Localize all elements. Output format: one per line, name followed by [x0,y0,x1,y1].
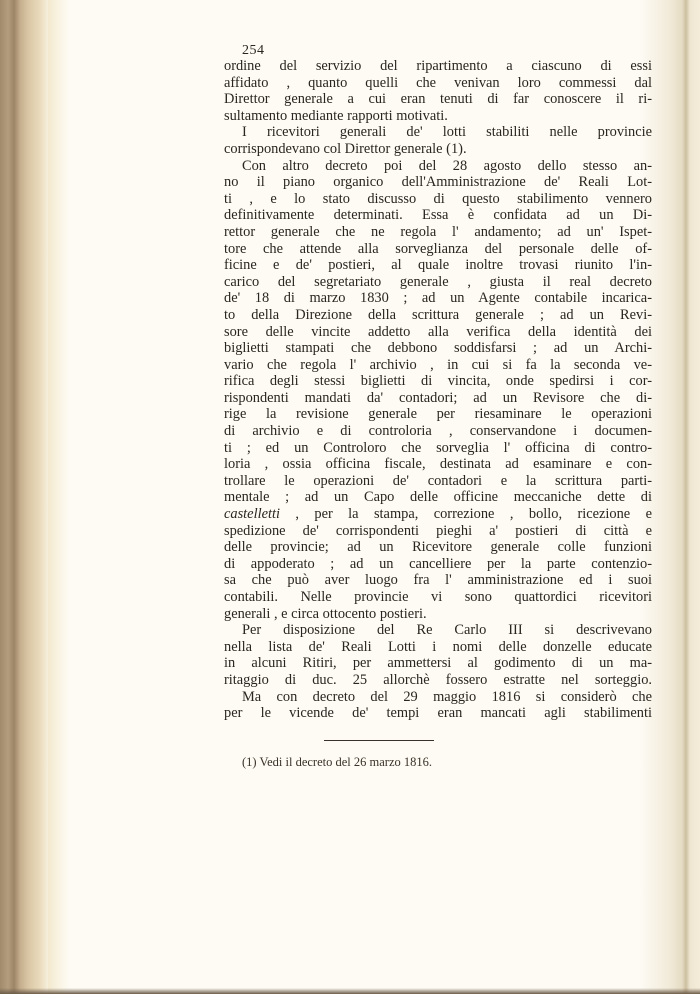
line-rest: , per la stampa, correzione , bollo, ric… [280,506,652,522]
text-line: Direttor generale a cui eran tenuti di f… [224,91,652,108]
text-line: sultamento mediante rapporti motivati. [224,108,652,125]
text-line: Ma con decreto del 29 maggio 1816 si con… [224,689,652,706]
text-line: vario che regola l' archivio , in cui si… [224,357,652,374]
text-line: loria , ossia officina fiscale, destinat… [224,456,652,473]
text-line: trollare le operazioni de' contadori e l… [224,473,652,490]
text-line: Per disposizione del Re Carlo III si des… [224,622,652,639]
text-line: corrispondevano col Direttor generale (1… [224,141,652,158]
body-text: ordine del servizio del ripartimento a c… [224,58,652,506]
text-line: ti , e lo stato discusso di questo stabi… [224,191,652,208]
page-gutter [48,0,70,994]
text-line: ficine e de' postieri, al quale inoltre … [224,257,652,274]
text-line: per le vicende de' tempi eran mancati ag… [224,705,652,722]
bottom-edge [0,988,700,994]
text-line: biglietti stampati che debbono soddisfar… [224,340,652,357]
text-line: Con altro decreto poi del 28 agosto dell… [224,158,652,175]
text-line: generali , e circa ottocento postieri. [224,606,652,623]
page-number: 254 [242,44,652,58]
book-spine [0,0,48,994]
italic-term: castelletti [224,506,280,522]
text-line: sa che può aver luogo fra l' amministraz… [224,572,652,589]
text-line: I ricevitori generali de' lotti stabilit… [224,124,652,141]
text-line: ordine del servizio del ripartimento a c… [224,58,652,75]
text-line: ritaggio di duc. 25 allorchè fossero est… [224,672,652,689]
page-body: 254 ordine del servizio del ripartimento… [224,44,652,770]
text-line: rifica degli stessi biglietti di vincita… [224,373,652,390]
text-line: rettor generale che ne regola l' andamen… [224,224,652,241]
text-line: spedizione de' corrispondenti pieghi a' … [224,523,652,540]
text-line: di archivio e di controloria , conservan… [224,423,652,440]
text-line: delle provincie; ad un Ricevitore genera… [224,539,652,556]
text-line: in alcuni Ritiri, per ammettersi al godi… [224,655,652,672]
text-line: carico del segretariato generale , giust… [224,274,652,291]
text-line: de' 18 di marzo 1830 ; ad un Agente cont… [224,290,652,307]
text-line: definitivamente determinati. Essa è conf… [224,207,652,224]
text-line: nella lista de' Reali Lotti i nomi delle… [224,639,652,656]
text-line: mentale ; ad un Capo delle officine mecc… [224,489,652,506]
footnote-separator [324,740,434,741]
text-line: to della Direzione della scrittura gener… [224,307,652,324]
text-line: affidato , quanto quelli che venivan lor… [224,75,652,92]
text-line: rispondenti mandati da' contadori; ad un… [224,390,652,407]
footnote: (1) Vedi il decreto del 26 marzo 1816. [242,755,652,770]
text-line: contabili. Nelle provincie vi sono quatt… [224,589,652,606]
text-line: tore che attende alla sorveglianza del p… [224,241,652,258]
body-text-continued: spedizione de' corrispondenti pieghi a' … [224,523,652,722]
text-line: sore delle vincite addetto alla verifica… [224,324,652,341]
text-line-italic: castelletti , per la stampa, correzione … [224,506,652,523]
text-line: ti ; ed un Controloro che sorveglia l' o… [224,440,652,457]
text-line: no il piano organico dell'Amministrazion… [224,174,652,191]
text-line: rige la revisione generale per riesamina… [224,406,652,423]
text-line: di appoderato ; ad un cancelliere per la… [224,556,652,573]
